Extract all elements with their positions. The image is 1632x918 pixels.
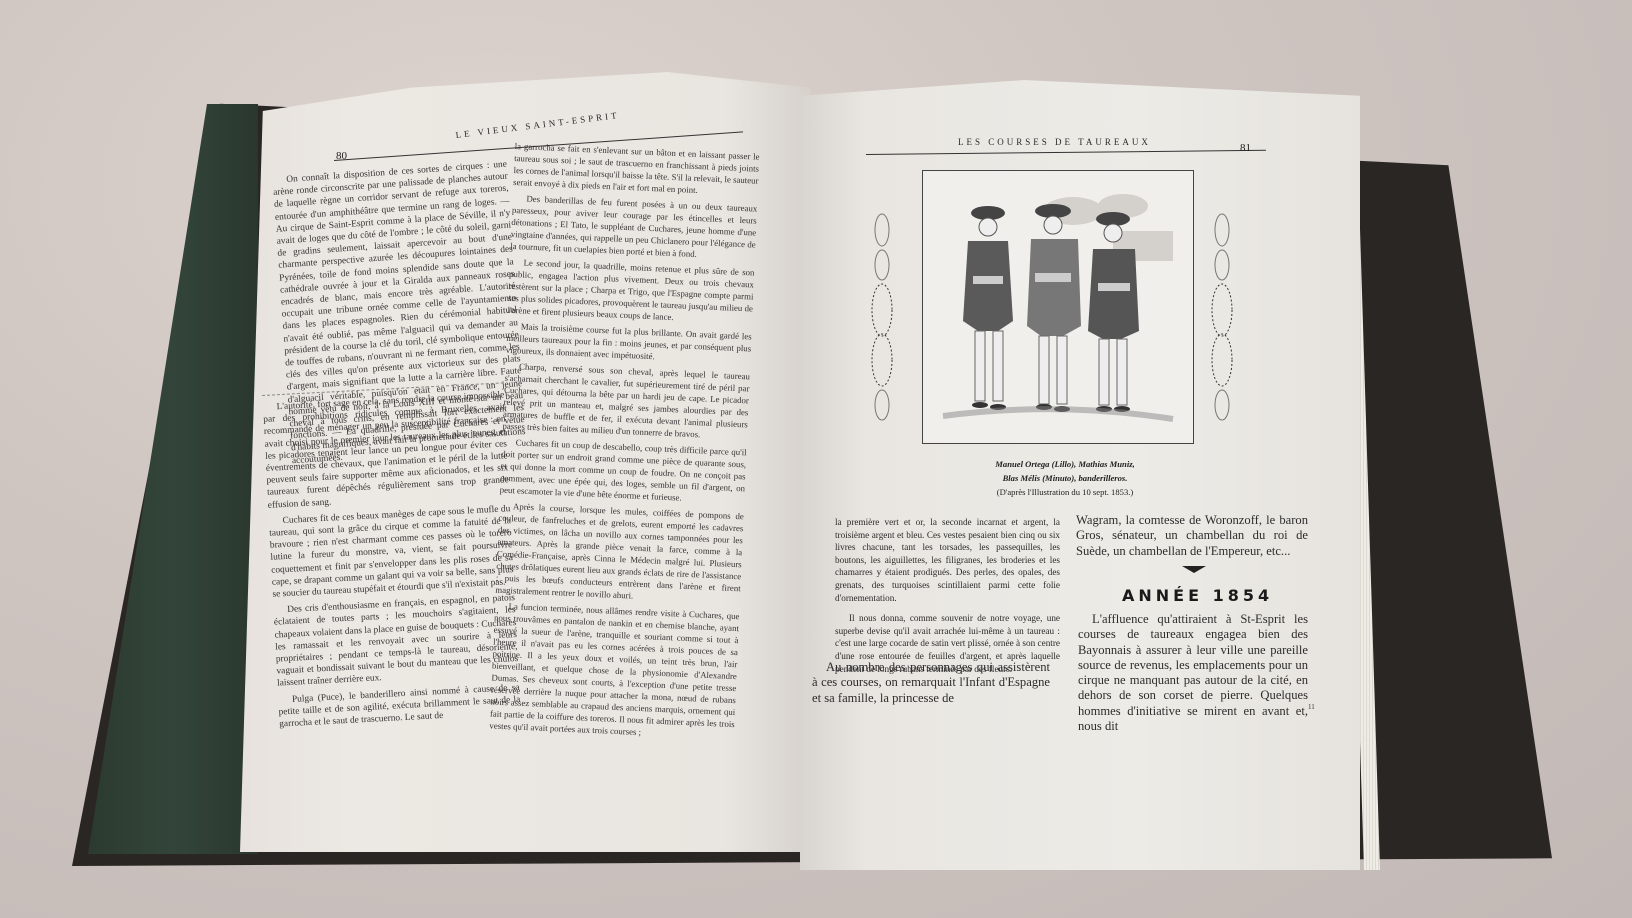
- paragraph: Des banderillas de feu furent posées à u…: [510, 192, 757, 263]
- paragraph: La funcion terminée, nous allâmes rendre…: [489, 600, 740, 743]
- paragraph: Le second jour, la quadrille, moins rete…: [507, 256, 754, 327]
- green-endpaper: [88, 104, 258, 854]
- paragraph: Après la course, lorsque les mules, coif…: [495, 500, 744, 607]
- caption-line-1: Manuel Ortega (Lillo), Mathias Muniz,: [950, 457, 1180, 471]
- right-column-2-body: L'affluence qu'attiraient à St-Esprit le…: [1078, 612, 1308, 738]
- paragraph: Mais la troisième course fut la plus bri…: [506, 320, 752, 367]
- illustration-caption: Manuel Ortega (Lillo), Mathias Muniz, Bl…: [950, 457, 1180, 499]
- left-page-number: 80: [336, 150, 347, 162]
- right-column-1: la première vert et or, la seconde incar…: [835, 516, 1060, 679]
- paragraph: Charpa, renversé sous son cheval, après …: [502, 360, 750, 443]
- bullfighters-engraving: [922, 170, 1194, 444]
- right-running-head: LES COURSES DE TAUREAUX: [958, 137, 1151, 147]
- caption-line-2: Blas Mélis (Minuto), banderilleros.: [950, 471, 1180, 485]
- caption-line-3: (D'après l'Illustration du 10 sept. 1853…: [950, 485, 1180, 499]
- paragraph: la garrocha se fait en s'enlevant sur un…: [513, 140, 760, 199]
- paragraph: L'autorité, fort sage en cela, sans rend…: [262, 389, 509, 511]
- right-column-1-large: Au nombre des personnages qui assistèren…: [812, 660, 1050, 710]
- paragraph: Wagram, la comtesse de Woronzoff, le bar…: [1076, 513, 1308, 559]
- right-page-number: 81: [1240, 142, 1251, 154]
- engraving-figures: [923, 171, 1193, 443]
- ornamental-chain-right: [1210, 210, 1234, 440]
- paragraph: Cuchares fit un coup de descabello, coup…: [499, 436, 746, 507]
- right-column-2-top: Wagram, la comtesse de Woronzoff, le bar…: [1076, 513, 1308, 563]
- section-title-annee-1854: ANNÉE 1854: [1122, 586, 1273, 605]
- left-column-1-bottom: L'autorité, fort sage en cela, sans rend…: [262, 382, 521, 734]
- paragraph: Au nombre des personnages qui assistèren…: [812, 660, 1050, 706]
- signature-mark: 11: [1308, 703, 1315, 711]
- ornamental-chain-left: [870, 210, 894, 440]
- paragraph: Pulga (Puce), le banderillero ainsi nomm…: [278, 682, 522, 731]
- paragraph: L'affluence qu'attiraient à St-Esprit le…: [1078, 612, 1308, 734]
- paragraph: Cuchares fit de ces beaux manèges de cap…: [268, 503, 514, 601]
- paragraph: Des cris d'enthousiasme en français, en …: [273, 592, 519, 690]
- fleuron-ornament-icon: [1182, 566, 1206, 573]
- left-column-2: la garrocha se fait en s'enlevant sur un…: [489, 140, 760, 746]
- paragraph: la première vert et or, la seconde incar…: [835, 516, 1060, 604]
